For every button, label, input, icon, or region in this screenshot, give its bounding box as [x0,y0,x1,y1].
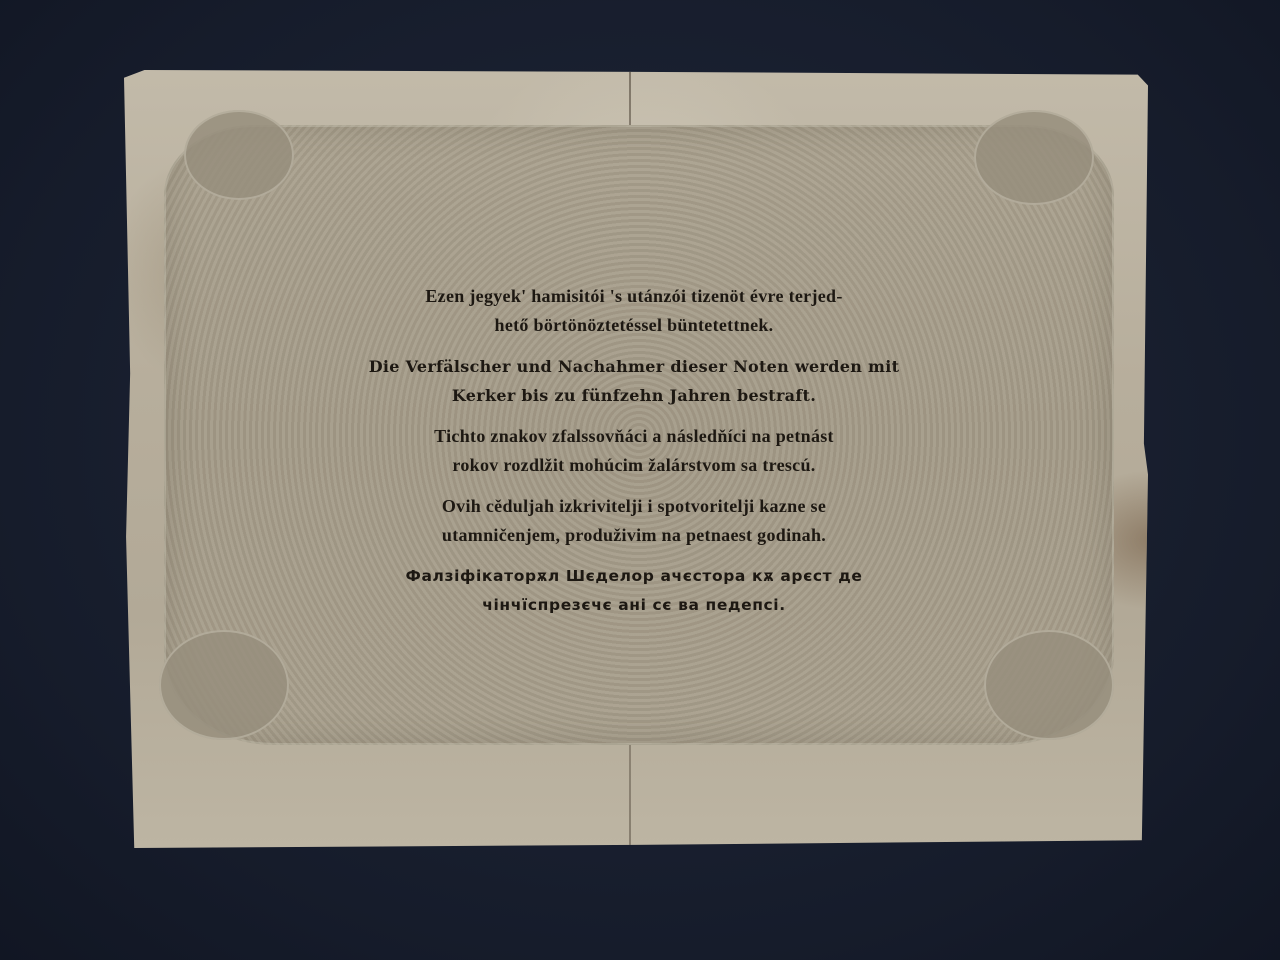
text-line: чінчїспрезєчє ані сє ва педепсі. [324,591,944,620]
paragraph-german: Die Verfälscher und Nachahmer dieser Not… [324,352,944,410]
warning-text-block: Ezen jegyek' hamisitói 's utánzói tizenö… [324,282,944,632]
ornament-scroll-top-right [974,110,1094,205]
text-line: hető börtönöztetéssel büntetettnek. [324,311,944,340]
text-line: Фалзіфікаторѫл Шєделор ачєстора кѫ арєст… [324,562,944,591]
text-line: Kerker bis zu fünfzehn Jahren bestraft. [324,381,944,410]
ornament-scroll-top-left [184,110,294,200]
text-line: Die Verfälscher und Nachahmer dieser Not… [324,352,944,381]
text-line: Tichto znakov zfalssovňáci a následňíci … [324,422,944,451]
paragraph-hungarian: Ezen jegyek' hamisitói 's utánzói tizenö… [324,282,944,340]
banknote-reverse: Ezen jegyek' hamisitói 's utánzói tizenö… [124,70,1148,848]
text-line: Ovih cěduljah izkrivitelji i spotvoritel… [324,492,944,521]
paragraph-slovak: Tichto znakov zfalssovňáci a následňíci … [324,422,944,480]
text-line: Ezen jegyek' hamisitói 's utánzói tizenö… [324,282,944,311]
text-line: utamničenjem, produživim na petnaest god… [324,521,944,550]
paragraph-romanian-cyrillic: Фалзіфікаторѫл Шєделор ачєстора кѫ арєст… [324,562,944,620]
text-line: rokov rozdlžit mohúcim žalárstvom sa tre… [324,451,944,480]
ornament-scroll-bottom-right [984,630,1114,740]
paragraph-croatian: Ovih cěduljah izkrivitelji i spotvoritel… [324,492,944,550]
ornament-scroll-bottom-left [159,630,289,740]
